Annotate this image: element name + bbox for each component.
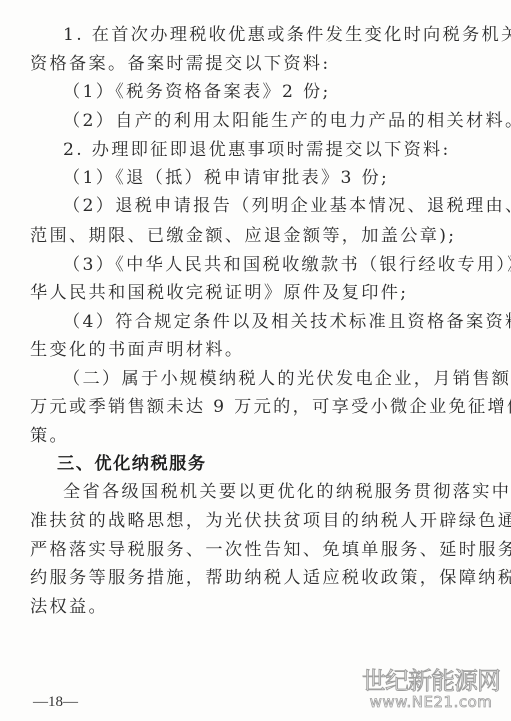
- section-heading: 三、优化纳税服务: [57, 450, 511, 478]
- watermark: 世纪新能源网 www.NE21.com: [355, 668, 507, 710]
- text-line: 生变化的书面声明材料。: [30, 336, 490, 364]
- text-line: （2）自产的利用太阳能生产的电力产品的相关材料。: [63, 107, 490, 135]
- text-line: （1）《税务资格备案表》2 份;: [63, 78, 490, 106]
- text-line: 严格落实导税服务、一次性告知、免填单服务、延时服务、预: [30, 536, 490, 564]
- text-line: 法权益。: [30, 593, 490, 621]
- text-line: （1）《退（抵）税申请审批表》3 份;: [63, 164, 490, 192]
- page-number: —18—: [33, 694, 78, 711]
- text-line: （4）符合规定条件以及相关技术标准且资格备案资料未发: [63, 308, 490, 336]
- text-line: 范围、期限、已缴金额、应退金额等，加盖公章);: [30, 222, 490, 250]
- document-page: 1. 在首次办理税收优惠或条件发生变化时向税务机关进行 资格备案。备案时需提交以…: [0, 0, 511, 721]
- text-line: 准扶贫的战略思想，为光伏扶贫项目的纳税人开辟绿色通道，: [30, 507, 490, 535]
- text-line: 全省各级国税机关要以更优化的纳税服务贯彻落实中央精: [63, 478, 490, 506]
- text-line: 华人民共和国税收完税证明》原件及复印件;: [30, 279, 490, 307]
- text-line: 约服务等服务措施，帮助纳税人适应税收政策，保障纳税人合: [30, 564, 490, 592]
- watermark-name: 世纪新能源网: [355, 668, 507, 694]
- text-line: 策。: [30, 422, 490, 450]
- text-line: （3）《中华人民共和国税收缴款书（银行经收专用）》或《中: [63, 251, 490, 279]
- text-line: 1. 在首次办理税收优惠或条件发生变化时向税务机关进行: [63, 21, 490, 49]
- text-line: 资格备案。备案时需提交以下资料:: [30, 50, 490, 78]
- text-line: 万元或季销售额未达 9 万元的，可享受小微企业免征增值税政: [30, 393, 490, 421]
- text-line: （2）退税申请报告（列明企业基本情况、退税理由、依据、: [63, 192, 490, 220]
- text-line: （二）属于小规模纳税人的光伏发电企业，月销售额未达 3: [63, 365, 490, 393]
- text-line: 2. 办理即征即退优惠事项时需提交以下资料:: [63, 136, 490, 164]
- watermark-url: www.NE21.com: [355, 694, 507, 710]
